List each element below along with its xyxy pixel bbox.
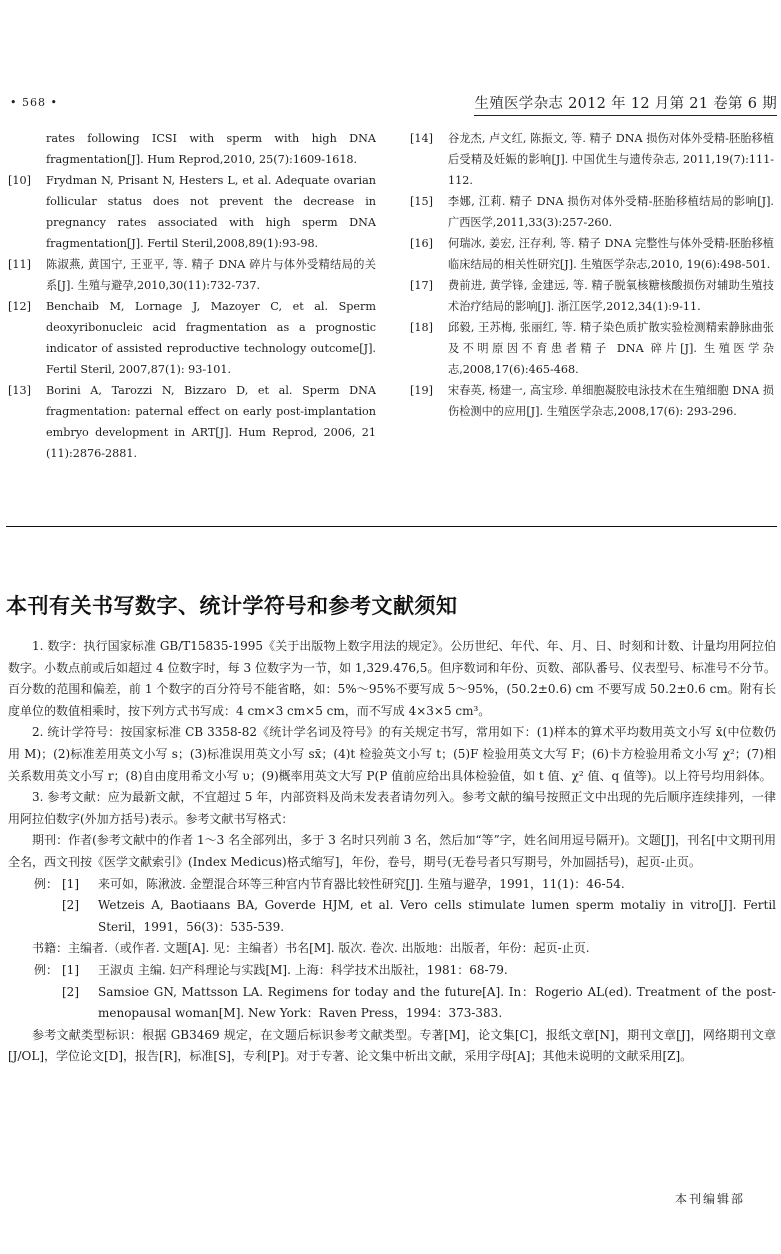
notice-body: 1. 数字：执行国家标准 GB/T15835-1995《关于出版物上数字用法的规… xyxy=(8,636,776,1068)
reference-number: [13] xyxy=(8,380,46,401)
example-number: [1] xyxy=(62,874,98,896)
reference-text: 宋春英, 杨建一, 高宝珍. 单细胞凝胶电泳技术在生殖细胞 DNA 损伤检测中的… xyxy=(448,380,774,422)
running-head: 生殖医学杂志 2012 年 12 月第 21 卷第 6 期 xyxy=(474,92,777,116)
book-example: 例： [1] 王淑贞 主编. 妇产科理论与实践[M]. 上海：科学技术出版社，1… xyxy=(8,960,776,982)
example-number: [1] xyxy=(62,960,98,982)
reference-text: Benchaib M, Lornage J, Mazoyer C, et al.… xyxy=(46,296,376,380)
statistics-rule-paragraph: 2. 统计学符号：按国家标准 CB 3358-82《统计学名词及符号》的有关规定… xyxy=(8,722,776,787)
reference-number: [16] xyxy=(410,233,448,254)
section-divider xyxy=(6,526,777,527)
reference-item: [18] 邱毅, 王苏梅, 张丽红, 等. 精子染色质扩散实验检测精索静脉曲张及… xyxy=(410,317,774,380)
page-number: • 568 • xyxy=(10,96,58,109)
reference-text: 谷龙杰, 卢文红, 陈振文, 等. 精子 DNA 损伤对体外受精-胚胎移植后受精… xyxy=(448,128,774,191)
example-label xyxy=(34,982,62,1025)
journal-format-paragraph: 期刊：作者(参考文献中的作者 1～3 名全部列出，多于 3 名时只列前 3 名，… xyxy=(8,830,776,873)
reference-item: [13] Borini A, Tarozzi N, Bizzaro D, et … xyxy=(8,380,376,464)
reference-number: [18] xyxy=(410,317,448,338)
book-format-paragraph: 书籍：主编者.（或作者. 文题[A]. 见：主编者）书名[M]. 版次. 卷次.… xyxy=(8,938,776,960)
example-text: 来可如，陈湫波. 金塑混合环等三种宫内节育器比较性研究[J]. 生殖与避孕，19… xyxy=(98,874,776,896)
reference-text: 费前进, 黄学锋, 金建远, 等. 精子脱氧核糖核酸损伤对辅助生殖技术治疗结局的… xyxy=(448,275,774,317)
reference-list-left: rates following ICSI with sperm with hig… xyxy=(8,128,376,464)
example-number: [2] xyxy=(62,982,98,1025)
reference-text: Borini A, Tarozzi N, Bizzaro D, et al. S… xyxy=(46,380,376,464)
reference-text: 陈淑燕, 黄国宁, 王亚平, 等. 精子 DNA 碎片与体外受精结局的关系[J]… xyxy=(46,254,376,296)
reference-item: [11] 陈淑燕, 黄国宁, 王亚平, 等. 精子 DNA 碎片与体外受精结局的… xyxy=(8,254,376,296)
reference-item: [14] 谷龙杰, 卢文红, 陈振文, 等. 精子 DNA 损伤对体外受精-胚胎… xyxy=(410,128,774,191)
reference-item: [15] 李娜, 江莉. 精子 DNA 损伤对体外受精-胚胎移植结局的影响[J]… xyxy=(410,191,774,233)
reference-number: [15] xyxy=(410,191,448,212)
editorial-signature: 本刊编辑部 xyxy=(675,1190,745,1207)
example-label: 例： xyxy=(34,874,62,896)
type-codes-paragraph: 参考文献类型标识：根据 GB3469 规定，在文题后标识参考文献类型。专著[M]… xyxy=(8,1025,776,1068)
reference-item: [12] Benchaib M, Lornage J, Mazoyer C, e… xyxy=(8,296,376,380)
example-text: Samsioe GN, Mattsson LA. Regimens for to… xyxy=(98,982,776,1025)
reference-number: [17] xyxy=(410,275,448,296)
book-example: [2] Samsioe GN, Mattsson LA. Regimens fo… xyxy=(8,982,776,1025)
reference-item: rates following ICSI with sperm with hig… xyxy=(8,128,376,170)
example-text: Wetzeis A, Baotiaans BA, Goverde HJM, et… xyxy=(98,895,776,938)
reference-text: 何瑞冰, 姜宏, 汪存利, 等. 精子 DNA 完整性与体外受精-胚胎移植临床结… xyxy=(448,233,774,275)
reference-number: [11] xyxy=(8,254,46,275)
reference-text: Frydman N, Prisant N, Hesters L, et al. … xyxy=(46,170,376,254)
notice-title: 本刊有关书写数字、统计学符号和参考文献须知 xyxy=(6,590,458,620)
example-label xyxy=(34,895,62,938)
reference-item: [10] Frydman N, Prisant N, Hesters L, et… xyxy=(8,170,376,254)
example-text: 王淑贞 主编. 妇产科理论与实践[M]. 上海：科学技术出版社，1981：68-… xyxy=(98,960,776,982)
reference-item: [17] 费前进, 黄学锋, 金建远, 等. 精子脱氧核糖核酸损伤对辅助生殖技术… xyxy=(410,275,774,317)
reference-number: [14] xyxy=(410,128,448,149)
journal-example: 例： [1] 来可如，陈湫波. 金塑混合环等三种宫内节育器比较性研究[J]. 生… xyxy=(8,874,776,896)
journal-example: [2] Wetzeis A, Baotiaans BA, Goverde HJM… xyxy=(8,895,776,938)
reference-text: rates following ICSI with sperm with hig… xyxy=(46,128,376,170)
reference-number: [10] xyxy=(8,170,46,191)
reference-number: [19] xyxy=(410,380,448,401)
example-number: [2] xyxy=(62,895,98,938)
example-label: 例： xyxy=(34,960,62,982)
reference-text: 邱毅, 王苏梅, 张丽红, 等. 精子染色质扩散实验检测精索静脉曲张及不明原因不… xyxy=(448,317,774,380)
reference-number: [12] xyxy=(8,296,46,317)
reference-item: [16] 何瑞冰, 姜宏, 汪存利, 等. 精子 DNA 完整性与体外受精-胚胎… xyxy=(410,233,774,275)
references-rule-paragraph: 3. 参考文献：应为最新文献，不宜超过 5 年，内部资料及尚未发表者请勿列入。参… xyxy=(8,787,776,830)
reference-list-right: [14] 谷龙杰, 卢文红, 陈振文, 等. 精子 DNA 损伤对体外受精-胚胎… xyxy=(410,128,774,422)
reference-item: [19] 宋春英, 杨建一, 高宝珍. 单细胞凝胶电泳技术在生殖细胞 DNA 损… xyxy=(410,380,774,422)
reference-text: 李娜, 江莉. 精子 DNA 损伤对体外受精-胚胎移植结局的影响[J]. 广西医… xyxy=(448,191,774,233)
numbers-rule-paragraph: 1. 数字：执行国家标准 GB/T15835-1995《关于出版物上数字用法的规… xyxy=(8,636,776,722)
